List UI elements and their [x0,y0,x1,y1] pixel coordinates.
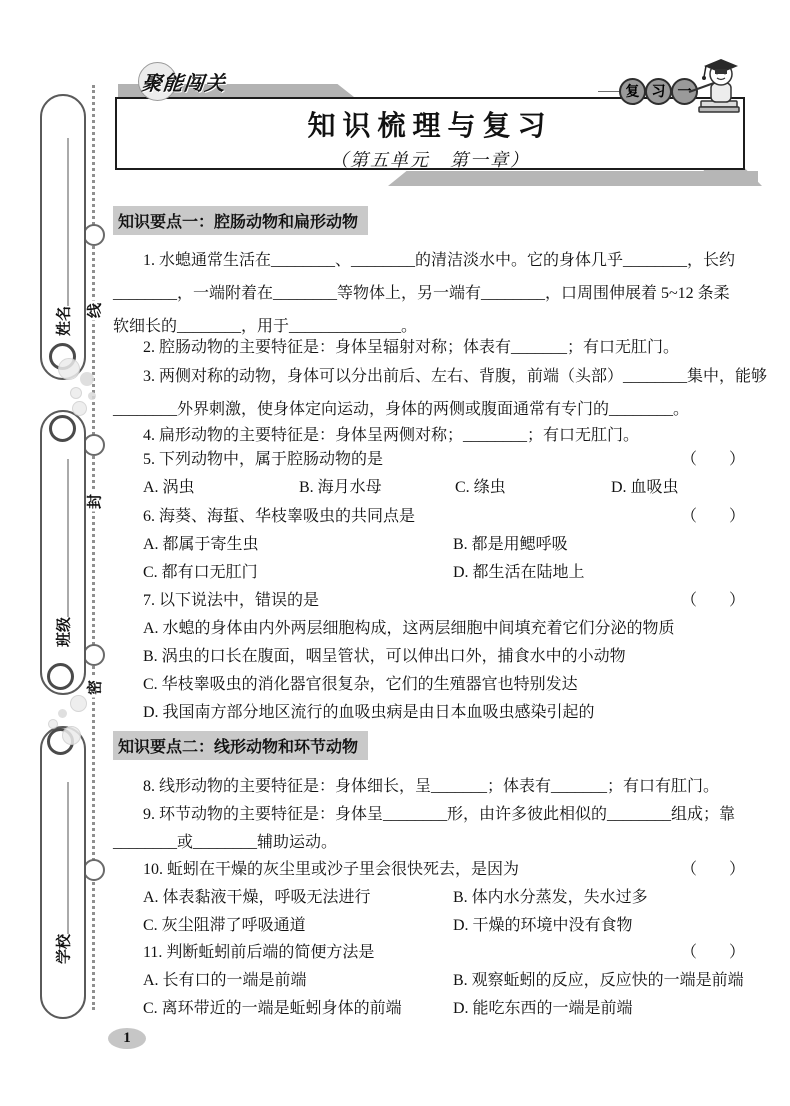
question-stem: 6. 海葵、海蜇、华枝睾吸虫的共同点是 （ ） [113,503,747,531]
options-row: C. 离环带近的一端是蚯蚓身体的前端 D. 能吃东西的一端是前端 [113,995,747,1023]
option-a: A. 长有口的一端是前端 [143,967,453,995]
option-c: C. 灰尘阻滞了呼吸通道 [143,912,453,940]
option-d: D. 血吸虫 [611,474,679,502]
option-b: B. 体内水分蒸发，失水过多 [453,884,648,912]
school-field: 学校 [40,726,86,1019]
pill-hole [49,415,76,442]
mascot-icon [687,56,749,114]
option-c: C. 华枝睾吸虫的消化器官很复杂，它们的生殖器官也特别发达 [113,671,747,699]
student-name-label: 姓名 [53,138,74,336]
write-line [54,138,69,306]
options-row: A. 都属于寄生虫 B. 都是用鳃呼吸 [113,531,747,559]
question-line: ________或________辅助运动。 [113,829,747,857]
answer-paren: （ ） [681,939,747,967]
write-line [54,458,69,616]
option-a: A. 都属于寄生虫 [143,531,453,559]
class-field: 班级 [40,410,86,695]
question-11: 11. 判断蚯蚓前后端的简便方法是 （ ） A. 长有口的一端是前端 B. 观察… [113,939,747,1023]
question-9: 9. 环节动物的主要特征是：身体呈________形，由许多彼此相似的_____… [113,801,747,857]
answer-paren: （ ） [681,856,747,884]
title-box: 知识梳理与复习 （第五单元 第一章） [115,97,745,170]
options-row: A. 涡虫 B. 海月水母 C. 绦虫 D. 血吸虫 [113,474,747,502]
option-c: C. 都有口无肛门 [143,559,453,587]
question-5: 5. 下列动物中，属于腔肠动物的是 （ ） A. 涡虫 B. 海月水母 C. 绦… [113,446,747,502]
options-row: C. 灰尘阻滞了呼吸通道 D. 干燥的环境中没有食物 [113,912,747,940]
option-a: A. 体表黏液干燥，呼吸无法进行 [143,884,453,912]
option-a: A. 涡虫 [143,474,299,502]
option-b: B. 涡虫的口长在腹面，咽呈管状，可以伸出口外，捕食水中的小动物 [113,643,747,671]
seal-char-line: 线 [84,301,105,321]
question-line: 3. 两侧对称的动物，身体可以分出前后、左右、背腹，前端（头部）________… [113,360,747,393]
bubble-decoration [80,372,94,386]
bubble-decoration [70,695,87,712]
binding-hole [83,644,105,666]
options-row: C. 都有口无肛门 D. 都生活在陆地上 [113,559,747,587]
review-badge-char: 习 [645,78,672,105]
bubble-decoration [88,392,96,400]
pill-hole [47,663,74,690]
option-b: B. 都是用鳃呼吸 [453,531,568,559]
bubble-decoration [62,726,81,745]
binding-hole [83,859,105,881]
question-stem: 11. 判断蚯蚓前后端的简便方法是 （ ） [113,939,747,967]
section-heading-2: 知识要点二：线形动物和环节动物 [113,731,368,760]
question-10: 10. 蚯蚓在干燥的灰尘里或沙子里会很快死去，是因为 （ ） A. 体表黏液干燥… [113,856,747,940]
page-subtitle: （第五单元 第一章） [117,146,743,172]
question-stem: 5. 下列动物中，属于腔肠动物的是 （ ） [113,446,747,474]
option-d: D. 我国南方部分地区流行的血吸虫病是由日本血吸虫感染引起的 [113,699,747,727]
question-3: 3. 两侧对称的动物，身体可以分出前后、左右、背腹，前端（头部）________… [113,360,747,426]
page-title: 知识梳理与复习 [117,104,743,144]
question-7: 7. 以下说法中，错误的是 （ ） A. 水螅的身体由内外两层细胞构成，这两层细… [113,587,747,727]
option-d: D. 都生活在陆地上 [453,559,585,587]
seal-char-feng: 封 [84,492,105,512]
option-b: B. 海月水母 [299,474,455,502]
brand-logo: 聚能闯关 [140,67,227,96]
section-heading-1: 知识要点一：腔肠动物和扁形动物 [113,206,368,235]
question-8: 8. 线形动物的主要特征是：身体细长，呈_______；体表有_______；有… [113,770,747,803]
bubble-decoration [48,719,58,729]
question-line: 9. 环节动物的主要特征是：身体呈________形，由许多彼此相似的_____… [113,801,747,829]
answer-paren: （ ） [681,503,747,531]
option-c: C. 离环带近的一端是蚯蚓身体的前端 [143,995,453,1023]
answer-paren: （ ） [681,446,747,474]
question-stem: 7. 以下说法中，错误的是 （ ） [113,587,747,615]
option-d: D. 干燥的环境中没有食物 [453,912,633,940]
option-d: D. 能吃东西的一端是前端 [453,995,633,1023]
worksheet-page: 线 封 密 姓名 班级 学校 知识梳理与复习 （第五单元 第一章） 聚能闯关 复… [0,0,790,1106]
question-1: 1. 水螅通常生活在________、________的清洁淡水中。它的身体几乎… [113,244,747,343]
write-line [54,781,69,933]
bubble-decoration [70,387,82,399]
option-c: C. 绦虫 [455,474,611,502]
option-b: B. 观察蚯蚓的反应，反应快的一端是前端 [453,967,744,995]
question-line: ________，一端附着在________等物体上，另一端有________，… [113,277,747,310]
options-row: A. 体表黏液干燥，呼吸无法进行 B. 体内水分蒸发，失水过多 [113,884,747,912]
student-name-field: 姓名 [40,94,86,380]
binding-hole [83,434,105,456]
bubble-decoration [72,401,87,416]
question-6: 6. 海葵、海蜇、华枝睾吸虫的共同点是 （ ） A. 都属于寄生虫 B. 都是用… [113,503,747,587]
review-badge-char: 复 [619,78,646,105]
question-line: 8. 线形动物的主要特征是：身体细长，呈_______；体表有_______；有… [113,770,747,803]
bubble-decoration [58,358,80,380]
answer-paren: （ ） [681,587,747,615]
bubble-decoration [58,709,67,718]
question-stem: 10. 蚯蚓在干燥的灰尘里或沙子里会很快死去，是因为 （ ） [113,856,747,884]
options-row: A. 长有口的一端是前端 B. 观察蚯蚓的反应，反应快的一端是前端 [113,967,747,995]
question-line: 1. 水螅通常生活在________、________的清洁淡水中。它的身体几乎… [113,244,747,277]
binding-hole [83,224,105,246]
page-number-badge: 1 [108,1028,146,1049]
class-label: 班级 [53,458,74,646]
school-label: 学校 [53,781,74,963]
option-a: A. 水螅的身体由内外两层细胞构成，这两层细胞中间填充着它们分泌的物质 [113,615,747,643]
seal-char-mi: 密 [84,678,105,698]
